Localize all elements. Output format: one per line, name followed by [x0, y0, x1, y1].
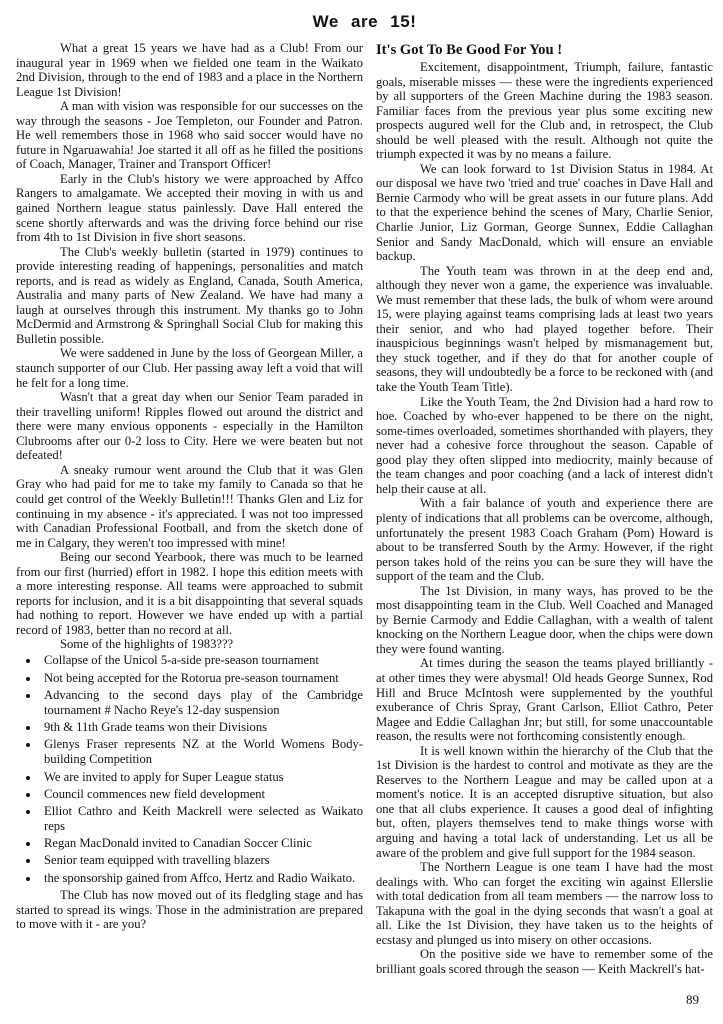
paragraph: Being our second Yearbook, there was muc… [16, 550, 363, 637]
list-item: Not being accepted for the Rotorua pre-s… [40, 671, 363, 686]
two-column-layout: What a great 15 years we have had as a C… [16, 41, 713, 976]
paragraph: The 1st Division, in many ways, has prov… [376, 584, 713, 657]
paragraph: We were saddened in June by the loss of … [16, 346, 363, 390]
list-item: Elliot Cathro and Keith Mackrell were se… [40, 804, 363, 834]
paragraph: We can look forward to 1st Division Stat… [376, 162, 713, 264]
section-heading: It's Got To Be Good For You ! [376, 41, 713, 59]
paragraph: The Club's weekly bulletin (started in 1… [16, 245, 363, 347]
paragraph: It is well known within the hierarchy of… [376, 744, 713, 860]
list-item: Regan MacDonald invited to Canadian Socc… [40, 836, 363, 851]
paragraph: At times during the season the teams pla… [376, 656, 713, 743]
list-item: Senior team equipped with travelling bla… [40, 853, 363, 868]
document-page: We are 15! What a great 15 years we have… [0, 0, 723, 1024]
page-title: We are 15! [16, 12, 713, 32]
right-column: It's Got To Be Good For You ! Excitement… [376, 41, 713, 976]
paragraph: A sneaky rumour went around the Club tha… [16, 463, 363, 550]
list-item: Glenys Fraser represents NZ at the World… [40, 737, 363, 767]
paragraph: The Northern League is one team I have h… [376, 860, 713, 947]
list-item: Council commences new field development [40, 787, 363, 802]
left-column: What a great 15 years we have had as a C… [16, 41, 363, 976]
list-item: the sponsorship gained from Affco, Hertz… [40, 871, 363, 886]
page-number: 89 [686, 992, 699, 1008]
closing-paragraph: The Club has now moved out of its fledgl… [16, 888, 363, 932]
paragraph: Excitement, disappointment, Triumph, fai… [376, 60, 713, 162]
highlights-intro: Some of the highlights of 1983??? [16, 637, 363, 652]
list-item: 9th & 11th Grade teams won their Divisio… [40, 720, 363, 735]
paragraph: On the positive side we have to remember… [376, 947, 713, 976]
paragraph: Like the Youth Team, the 2nd Division ha… [376, 395, 713, 497]
paragraph: With a fair balance of youth and experie… [376, 496, 713, 583]
paragraph: The Youth team was thrown in at the deep… [376, 264, 713, 395]
paragraph: Early in the Club's history we were appr… [16, 172, 363, 245]
list-item: Advancing to the second days play of the… [40, 688, 363, 718]
list-item: We are invited to apply for Super League… [40, 770, 363, 785]
highlights-list: Collapse of the Unicol 5-a-side pre-seas… [16, 653, 363, 885]
paragraph: Wasn't that a great day when our Senior … [16, 390, 363, 463]
paragraph: A man with vision was responsible for ou… [16, 99, 363, 172]
paragraph: What a great 15 years we have had as a C… [16, 41, 363, 99]
list-item: Collapse of the Unicol 5-a-side pre-seas… [40, 653, 363, 668]
